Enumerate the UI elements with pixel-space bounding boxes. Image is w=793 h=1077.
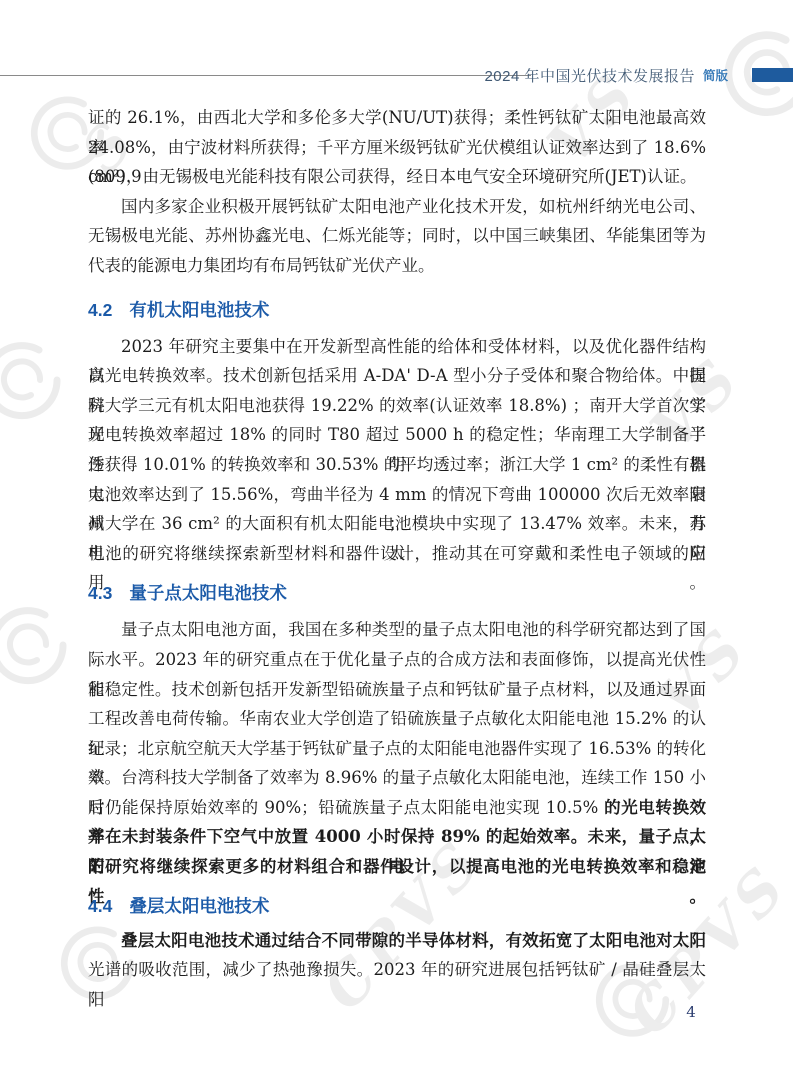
text-line: 无锡极电光能、苏州协鑫光电、仁烁光能等；同时，以中国三峡集团、华能集团等为: [88, 221, 706, 251]
section-number: 4.2: [88, 300, 112, 320]
text-line: 高光电转换效率。技术创新包括采用 A-DA' D-A 型小分子受体和聚合物给体。…: [88, 361, 706, 391]
text-line: 电池的研究将继续探索新型材料和器件设计，推动其在可穿戴和柔性电子领域的应用。: [88, 539, 706, 569]
text-line: 证的 26.1%，由西北大学和多伦多大学(NU/UT)获得；柔性钙钛矿太阳电池最…: [88, 103, 706, 133]
text-line: 率。台湾科技大学制备了效率为 8.96% 的量子点敏化太阳能电池，连续工作 15…: [88, 763, 706, 793]
text-line: 叠层太阳电池技术通过结合不同带隙的半导体材料，有效拓宽了太阳电池对太阳: [88, 926, 706, 956]
document-page: { "header": { "title": "2024 年中国光伏技术发展报告…: [0, 0, 793, 1077]
header-accent-block: [752, 68, 793, 82]
section-number: 4.3: [88, 583, 112, 603]
section-title: 叠层太阳电池技术: [129, 896, 269, 916]
paragraph: 证的 26.1%，由西北大学和多伦多大学(NU/UT)获得；柔性钙钛矿太阳电池最…: [88, 103, 706, 192]
section-title: 量子点太阳电池技术: [129, 583, 287, 603]
text-line: 州大学在 36 cm² 的大面积有机太阳能电池模块中实现了 13.47% 效率。…: [88, 509, 706, 539]
header-title-group: 2024 年中国光伏技术发展报告 简版: [484, 62, 793, 88]
header-rule: [0, 75, 531, 76]
text-line: 光电转换效率超过 18% 的同时 T80 超过 5000 h 的稳定性；华南理工…: [88, 420, 706, 450]
watermark-swirl-icon: [0, 595, 78, 695]
text-line: 代表的能源电力集团均有布局钙钛矿光伏产业。: [88, 251, 706, 281]
paragraph: 国内多家企业积极开展钙钛矿太阳电池产业化技术开发，如杭州纤纳光电公司、 无锡极电…: [88, 192, 706, 281]
page-number: 4: [676, 1003, 706, 1021]
document-body: 证的 26.1%，由西北大学和多伦多大学(NU/UT)获得；柔性钙钛矿太阳电池最…: [88, 0, 706, 985]
text-line: 的研究将继续探索更多的材料组合和器件设计，以提高电池的光电转换效率和稳定性。: [88, 852, 706, 882]
page-header: 2024 年中国光伏技术发展报告 简版: [0, 0, 793, 96]
text-line: 量子点太阳电池方面，我国在多种类型的量子点太阳电池的科学研究都达到了国: [88, 615, 706, 645]
paragraph: 量子点太阳电池方面，我国在多种类型的量子点太阳电池的科学研究都达到了国 际水平。…: [88, 615, 706, 881]
text-line: 后仍能保持原始效率的 90%；铅硫族量子点太阳能电池实现 10.5% 的光电转换…: [88, 793, 706, 823]
section-title: 有机太阳电池技术: [129, 300, 269, 320]
paragraph: 叠层太阳电池技术通过结合不同带隙的半导体材料，有效拓宽了太阳电池对太阳 光谱的吸…: [88, 926, 706, 985]
section-number: 4.4: [88, 896, 112, 916]
text-line: 24.08%，由宁波材料所获得；千平方厘米级钙钛矿光伏模组认证效率达到了 18.…: [88, 133, 706, 163]
section-heading-4-2: 4.2有机太阳电池技术: [88, 297, 706, 323]
watermark-swirl-icon: [0, 330, 72, 430]
text-line: 件获得 10.01% 的转换效率和 30.53% 的平均透过率；浙江大学 1 c…: [88, 450, 706, 480]
text-line: 院大学三元有机太阳电池获得 19.22% 的效率(认证效率 18.8%) ；南开…: [88, 391, 706, 421]
text-line: 纪录；北京航空航天大学基于钙钛矿量子点的太阳能电池器件实现了 16.53% 的转…: [88, 734, 706, 764]
text-line: 光谱的吸收范围，减少了热弛豫损失。2023 年的研究进展包括钙钛矿 / 晶硅叠层…: [88, 955, 706, 985]
text-line: 际水平。2023 年的研究重点在于优化量子点的合成方法和表面修饰，以提高光伏性能: [88, 645, 706, 675]
text-line: 并在未封装条件下空气中放置 4000 小时保持 89% 的起始效率。未来，量子点…: [88, 822, 706, 852]
text-line: 2023 年研究主要集中在开发新型高性能的给体和受体材料，以及优化器件结构以提: [88, 332, 706, 362]
text-line: 和稳定性。技术创新包括开发新型铅硫族量子点和钙钛矿量子点材料，以及通过界面: [88, 675, 706, 705]
text-line: 工程改善电荷传输。华南农业大学创造了铅硫族量子点敏化太阳能电池 15.2% 的认…: [88, 704, 706, 734]
report-edition-badge: 简版: [703, 66, 728, 84]
text-line: 国内多家企业积极开展钙钛矿太阳电池产业化技术开发，如杭州纤纳光电公司、: [88, 192, 706, 222]
text-line: 电池效率达到了 15.56%，弯曲半径为 4 mm 的情况下弯曲 100000 …: [88, 480, 706, 510]
report-title: 2024 年中国光伏技术发展报告: [484, 65, 695, 86]
text-line: cm²)，由无锡极电光能科技有限公司获得，经日本电气安全环境研究所(JET)认证…: [88, 162, 706, 192]
paragraph: 2023 年研究主要集中在开发新型高性能的给体和受体材料，以及优化器件结构以提 …: [88, 332, 706, 569]
